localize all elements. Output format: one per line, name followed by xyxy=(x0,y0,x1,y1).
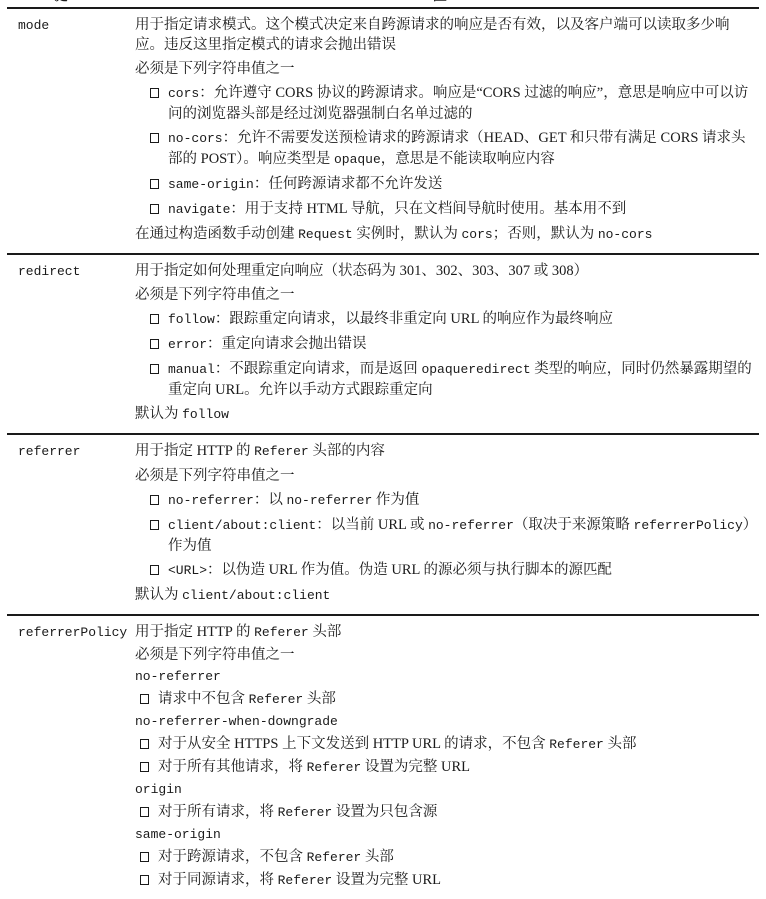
text-span: 头部的内容 xyxy=(309,443,385,459)
row-value: 用于指定请求模式。这个模式决定来自跨源请求的响应是否有效，以及客户端可以读取多少… xyxy=(135,9,759,253)
text-span: 默认为 xyxy=(135,587,182,603)
bullet-text: cors：允许遵守 CORS 协议的跨源请求。响应是“CORS 过滤的响应”，意… xyxy=(168,83,757,124)
value-bullet-item: 对于从安全 HTTPS 上下文发送到 HTTP URL 的请求，不包含 Refe… xyxy=(140,734,757,755)
bullet-text: no-referrer：以 no-referrer 作为值 xyxy=(168,490,757,511)
bullet-square-icon xyxy=(150,88,159,98)
text-span: 对于所有其他请求，将 xyxy=(158,759,307,775)
code-span: opaqueredirect xyxy=(421,362,530,377)
text-span: 头部 xyxy=(303,691,336,707)
text-span: 头部 xyxy=(309,624,342,640)
code-span: opaque xyxy=(334,152,381,167)
text-span: ：跟踪重定向请求，以最终非重定向 URL 的响应作为最终响应 xyxy=(215,311,613,327)
row-key: mode xyxy=(7,9,135,253)
row-value: 用于指定 HTTP 的 Referer 头部的内容必须是下列字符串值之一no-r… xyxy=(135,435,759,614)
bullet-text: 对于所有其他请求，将 Referer 设置为完整 URL xyxy=(158,757,757,778)
text-span: 头部 xyxy=(361,849,394,865)
code-span: follow xyxy=(168,312,215,327)
bullet-square-icon xyxy=(140,807,149,817)
code-span: Referer xyxy=(307,850,362,865)
row-value: 用于指定 HTTP 的 Referer 头部必须是下列字符串值之一no-refe… xyxy=(135,616,759,899)
text-span: 头部 xyxy=(604,736,637,752)
table-row: mode用于指定请求模式。这个模式决定来自跨源请求的响应是否有效，以及客户端可以… xyxy=(7,9,759,253)
text-span: 对于从安全 HTTPS 上下文发送到 HTTP URL 的请求，不包含 xyxy=(158,736,549,752)
bullet-square-icon xyxy=(150,495,159,505)
code-span: Referer xyxy=(549,737,604,752)
value-bullet-item: cors：允许遵守 CORS 协议的跨源请求。响应是“CORS 过滤的响应”，意… xyxy=(150,83,757,124)
table-body: mode用于指定请求模式。这个模式决定来自跨源请求的响应是否有效，以及客户端可以… xyxy=(7,9,759,899)
text-span: 设置为完整 URL xyxy=(361,759,470,775)
text-span: ：允许遵守 CORS 协议的跨源请求。响应是“CORS 过滤的响应”，意思是响应… xyxy=(168,85,748,122)
value-bullet-item: same-origin：任何跨源请求都不允许发送 xyxy=(150,174,757,195)
value-bullet-item: no-cors：允许不需要发送预检请求的跨源请求（HEAD、GET 和只带有满足… xyxy=(150,128,757,170)
bullet-text: same-origin：任何跨源请求都不允许发送 xyxy=(168,174,757,195)
text-span: ；否则，默认为 xyxy=(493,226,598,242)
value-bullet-item: 对于跨源请求，不包含 Referer 头部 xyxy=(140,847,757,868)
text-span: （取决于来源策略 xyxy=(514,517,634,533)
bullet-square-icon xyxy=(150,520,159,530)
value-code-label: origin xyxy=(135,780,757,800)
request-options-table: 键 值 mode用于指定请求模式。这个模式决定来自跨源请求的响应是否有效，以及客… xyxy=(7,0,759,899)
text-span: 用于指定 HTTP 的 xyxy=(135,624,254,640)
text-span: 默认为 xyxy=(135,406,182,422)
text-span: ：任何跨源请求都不允许发送 xyxy=(254,176,443,192)
value-bullet-item: no-referrer：以 no-referrer 作为值 xyxy=(150,490,757,511)
key-column-header: 键 xyxy=(53,0,68,4)
table-row: referrer用于指定 HTTP 的 Referer 头部的内容必须是下列字符… xyxy=(7,435,759,614)
table-header: 键 值 xyxy=(7,0,759,7)
text-span: 用于指定请求模式。这个模式决定来自跨源请求的响应是否有效，以及客户端可以读取多少… xyxy=(135,17,730,53)
value-paragraph: 在通过构造函数手动创建 Request 实例时，默认为 cors；否则，默认为 … xyxy=(135,224,757,245)
text-span: ：用于支持 HTML 导航，只在文档间导航时使用。基本用不到 xyxy=(230,201,626,217)
bullet-square-icon xyxy=(150,133,159,143)
row-value: 用于指定如何处理重定向响应（状态码为 301、302、303、307 或 308… xyxy=(135,255,759,433)
code-span: navigate xyxy=(168,202,230,217)
value-paragraph: 用于指定 HTTP 的 Referer 头部的内容 xyxy=(135,441,757,462)
code-span: no-cors xyxy=(598,227,653,242)
text-span: ：以 xyxy=(254,492,287,508)
value-bullet-item: follow：跟踪重定向请求，以最终非重定向 URL 的响应作为最终响应 xyxy=(150,309,757,330)
text-span: 设置为完整 URL xyxy=(332,872,441,888)
code-span: Referer xyxy=(307,760,362,775)
text-span: 请求中不包含 xyxy=(158,691,249,707)
code-span: follow xyxy=(182,407,229,422)
value-paragraph: 必须是下列字符串值之一 xyxy=(135,466,757,486)
code-span: no-referrer-when-downgrade xyxy=(135,714,338,729)
row-key: redirect xyxy=(7,255,135,433)
code-span: Request xyxy=(298,227,353,242)
value-paragraph: 用于指定 HTTP 的 Referer 头部 xyxy=(135,622,757,643)
bullet-text: follow：跟踪重定向请求，以最终非重定向 URL 的响应作为最终响应 xyxy=(168,309,757,330)
bullet-square-icon xyxy=(150,179,159,189)
value-bullet-item: 对于所有请求，将 Referer 设置为只包含源 xyxy=(140,802,757,823)
bullet-square-icon xyxy=(150,204,159,214)
text-span: 用于指定如何处理重定向响应（状态码为 301、302、303、307 或 308… xyxy=(135,263,588,279)
text-span: 实例时，默认为 xyxy=(353,226,462,242)
value-code-label: no-referrer xyxy=(135,667,757,687)
code-span: Referer xyxy=(254,444,309,459)
value-bullet-item: 请求中不包含 Referer 头部 xyxy=(140,689,757,710)
bullet-text: 请求中不包含 Referer 头部 xyxy=(158,689,757,710)
bullet-text: 对于从安全 HTTPS 上下文发送到 HTTP URL 的请求，不包含 Refe… xyxy=(158,734,757,755)
bullet-text: manual：不跟踪重定向请求，而是返回 opaqueredirect 类型的响… xyxy=(168,359,757,400)
text-span: 必须是下列字符串值之一 xyxy=(135,61,295,77)
bullet-square-icon xyxy=(150,314,159,324)
bullet-text: 对于所有请求，将 Referer 设置为只包含源 xyxy=(158,802,757,823)
text-span: 对于所有请求，将 xyxy=(158,804,278,820)
value-paragraph: 用于指定请求模式。这个模式决定来自跨源请求的响应是否有效，以及客户端可以读取多少… xyxy=(135,15,757,55)
bullet-square-icon xyxy=(140,739,149,749)
value-bullet-item: 对于同源请求，将 Referer 设置为完整 URL xyxy=(140,870,757,891)
value-code-label: same-origin xyxy=(135,825,757,845)
value-bullet-item: navigate：用于支持 HTML 导航，只在文档间导航时使用。基本用不到 xyxy=(150,199,757,220)
bullet-square-icon xyxy=(150,364,159,374)
bullet-text: 对于跨源请求，不包含 Referer 头部 xyxy=(158,847,757,868)
bullet-text: no-cors：允许不需要发送预检请求的跨源请求（HEAD、GET 和只带有满足… xyxy=(168,128,757,170)
value-bullet-item: client/about:client：以当前 URL 或 no-referre… xyxy=(150,515,757,556)
code-span: same-origin xyxy=(135,827,221,842)
bullet-text: client/about:client：以当前 URL 或 no-referre… xyxy=(168,515,757,556)
value-paragraph: 用于指定如何处理重定向响应（状态码为 301、302、303、307 或 308… xyxy=(135,261,757,281)
value-bullet-item: error：重定向请求会抛出错误 xyxy=(150,334,757,355)
code-span: Referer xyxy=(278,873,333,888)
row-key: referrer xyxy=(7,435,135,614)
value-bullet-item: 对于所有其他请求，将 Referer 设置为完整 URL xyxy=(140,757,757,778)
text-span: 必须是下列字符串值之一 xyxy=(135,647,295,663)
value-paragraph: 必须是下列字符串值之一 xyxy=(135,59,757,79)
code-span: manual xyxy=(168,362,215,377)
bullet-square-icon xyxy=(140,852,149,862)
bullet-text: error：重定向请求会抛出错误 xyxy=(168,334,757,355)
text-span: ，意思是不能读取响应内容 xyxy=(381,151,555,167)
value-code-label: no-referrer-when-downgrade xyxy=(135,712,757,732)
bullet-text: navigate：用于支持 HTML 导航，只在文档间导航时使用。基本用不到 xyxy=(168,199,757,220)
code-span: cors xyxy=(461,227,492,242)
text-span: 必须是下列字符串值之一 xyxy=(135,468,295,484)
bullet-square-icon xyxy=(150,339,159,349)
value-bullet-item: manual：不跟踪重定向请求，而是返回 opaqueredirect 类型的响… xyxy=(150,359,757,400)
code-span: Referer xyxy=(249,692,304,707)
text-span: 对于跨源请求，不包含 xyxy=(158,849,307,865)
bullet-text: 对于同源请求，将 Referer 设置为完整 URL xyxy=(158,870,757,891)
bullet-square-icon xyxy=(140,694,149,704)
book-table-page: 键 值 mode用于指定请求模式。这个模式决定来自跨源请求的响应是否有效，以及客… xyxy=(0,0,766,899)
code-span: no-cors xyxy=(168,131,223,146)
value-paragraph: 必须是下列字符串值之一 xyxy=(135,285,757,305)
bullet-square-icon xyxy=(140,762,149,772)
code-span: no-referrer xyxy=(168,493,254,508)
value-paragraph: 默认为 follow xyxy=(135,404,757,425)
code-span: cors xyxy=(168,86,199,101)
code-span: no-referrer xyxy=(135,669,221,684)
code-span: origin xyxy=(135,782,182,797)
value-column-header: 值 xyxy=(432,0,447,4)
value-paragraph: 必须是下列字符串值之一 xyxy=(135,645,757,665)
table-row: redirect用于指定如何处理重定向响应（状态码为 301、302、303、3… xyxy=(7,255,759,433)
table-row: referrerPolicy用于指定 HTTP 的 Referer 头部必须是下… xyxy=(7,616,759,899)
bullet-square-icon xyxy=(140,875,149,885)
code-span: Referer xyxy=(254,625,309,640)
code-span: client/about:client xyxy=(182,588,330,603)
text-span: ：不跟踪重定向请求，而是返回 xyxy=(215,361,422,377)
code-span: referrerPolicy xyxy=(634,518,743,533)
text-span: 必须是下列字符串值之一 xyxy=(135,287,295,303)
text-span: 作为值 xyxy=(372,492,419,508)
text-span: 设置为只包含源 xyxy=(332,804,437,820)
value-bullet-item: <URL>：以伪造 URL 作为值。伪造 URL 的源必须与执行脚本的源匹配 xyxy=(150,560,757,581)
code-span: no-referrer xyxy=(286,493,372,508)
value-paragraph: 默认为 client/about:client xyxy=(135,585,757,606)
code-span: Referer xyxy=(278,805,333,820)
text-span: ：以当前 URL 或 xyxy=(316,517,428,533)
text-span: ：以伪造 URL 作为值。伪造 URL 的源必须与执行脚本的源匹配 xyxy=(207,562,612,578)
code-span: client/about:client xyxy=(168,518,316,533)
text-span: ：重定向请求会抛出错误 xyxy=(207,336,367,352)
code-span: no-referrer xyxy=(428,518,514,533)
text-span: 对于同源请求，将 xyxy=(158,872,278,888)
row-key: referrerPolicy xyxy=(7,616,135,899)
code-span: error xyxy=(168,337,207,352)
code-span: <URL> xyxy=(168,563,207,578)
code-span: same-origin xyxy=(168,177,254,192)
bullet-square-icon xyxy=(150,565,159,575)
bullet-text: <URL>：以伪造 URL 作为值。伪造 URL 的源必须与执行脚本的源匹配 xyxy=(168,560,757,581)
text-span: 用于指定 HTTP 的 xyxy=(135,443,254,459)
text-span: 在通过构造函数手动创建 xyxy=(135,226,298,242)
